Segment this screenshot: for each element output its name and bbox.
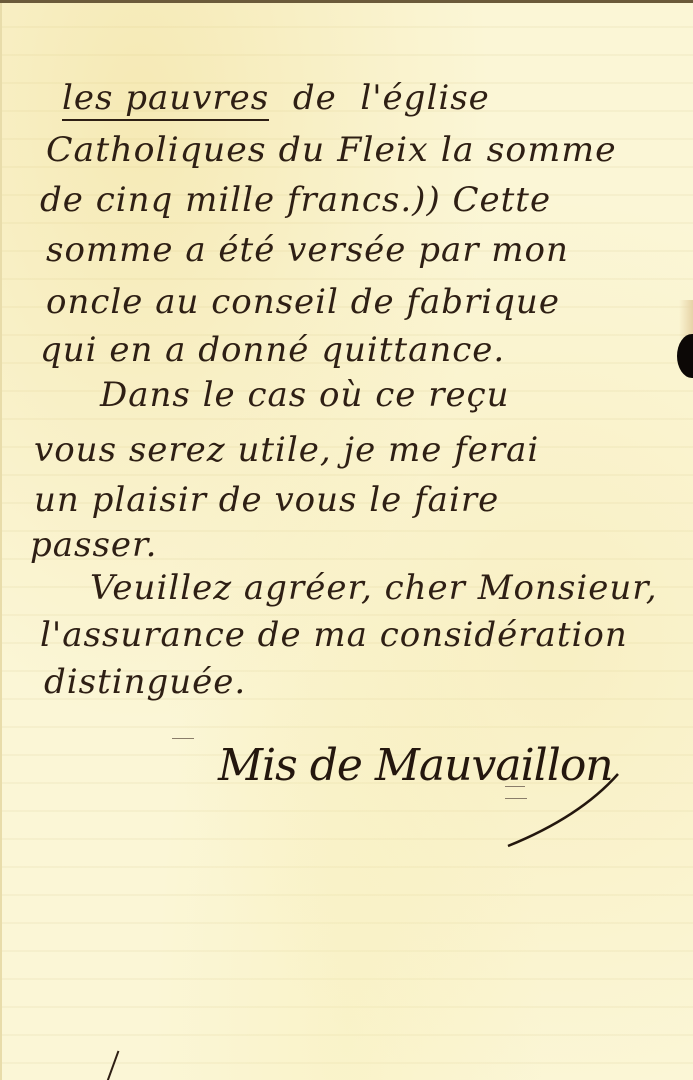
letter-line-9: un plaisir de vous le faire bbox=[34, 480, 499, 520]
letter-line-12: l'assurance de ma considération bbox=[40, 615, 628, 655]
letter-line-6: qui en a donné quittance. bbox=[40, 330, 505, 370]
letter-line-10: passer. bbox=[30, 525, 157, 565]
underlined-phrase: les pauvres bbox=[62, 78, 269, 121]
line-1-rest: de l'église bbox=[281, 78, 490, 118]
letter-line-8: vous serez utile, je me ferai bbox=[34, 430, 539, 470]
signature-flourish bbox=[500, 770, 630, 850]
letter-line-3: de cinq mille francs.)) Cette bbox=[40, 180, 551, 220]
stray-pen-mark bbox=[107, 1051, 120, 1080]
pencil-mark bbox=[172, 738, 194, 739]
letter-line-7: Dans le cas où ce reçu bbox=[100, 375, 510, 415]
letter-line-11: Veuillez agréer, cher Monsieur, bbox=[90, 568, 658, 608]
ink-blot bbox=[677, 334, 693, 378]
letter-line-13: distinguée. bbox=[44, 662, 246, 702]
letter-line-1: les pauvres de l'église bbox=[62, 78, 490, 118]
letter-page: les pauvres de l'église Catholiques du F… bbox=[0, 0, 693, 1080]
letter-line-2: Catholiques du Fleix la somme bbox=[46, 130, 617, 170]
letter-line-5: oncle au conseil de fabrique bbox=[46, 282, 560, 322]
letter-line-4: somme a été versée par mon bbox=[46, 230, 569, 270]
